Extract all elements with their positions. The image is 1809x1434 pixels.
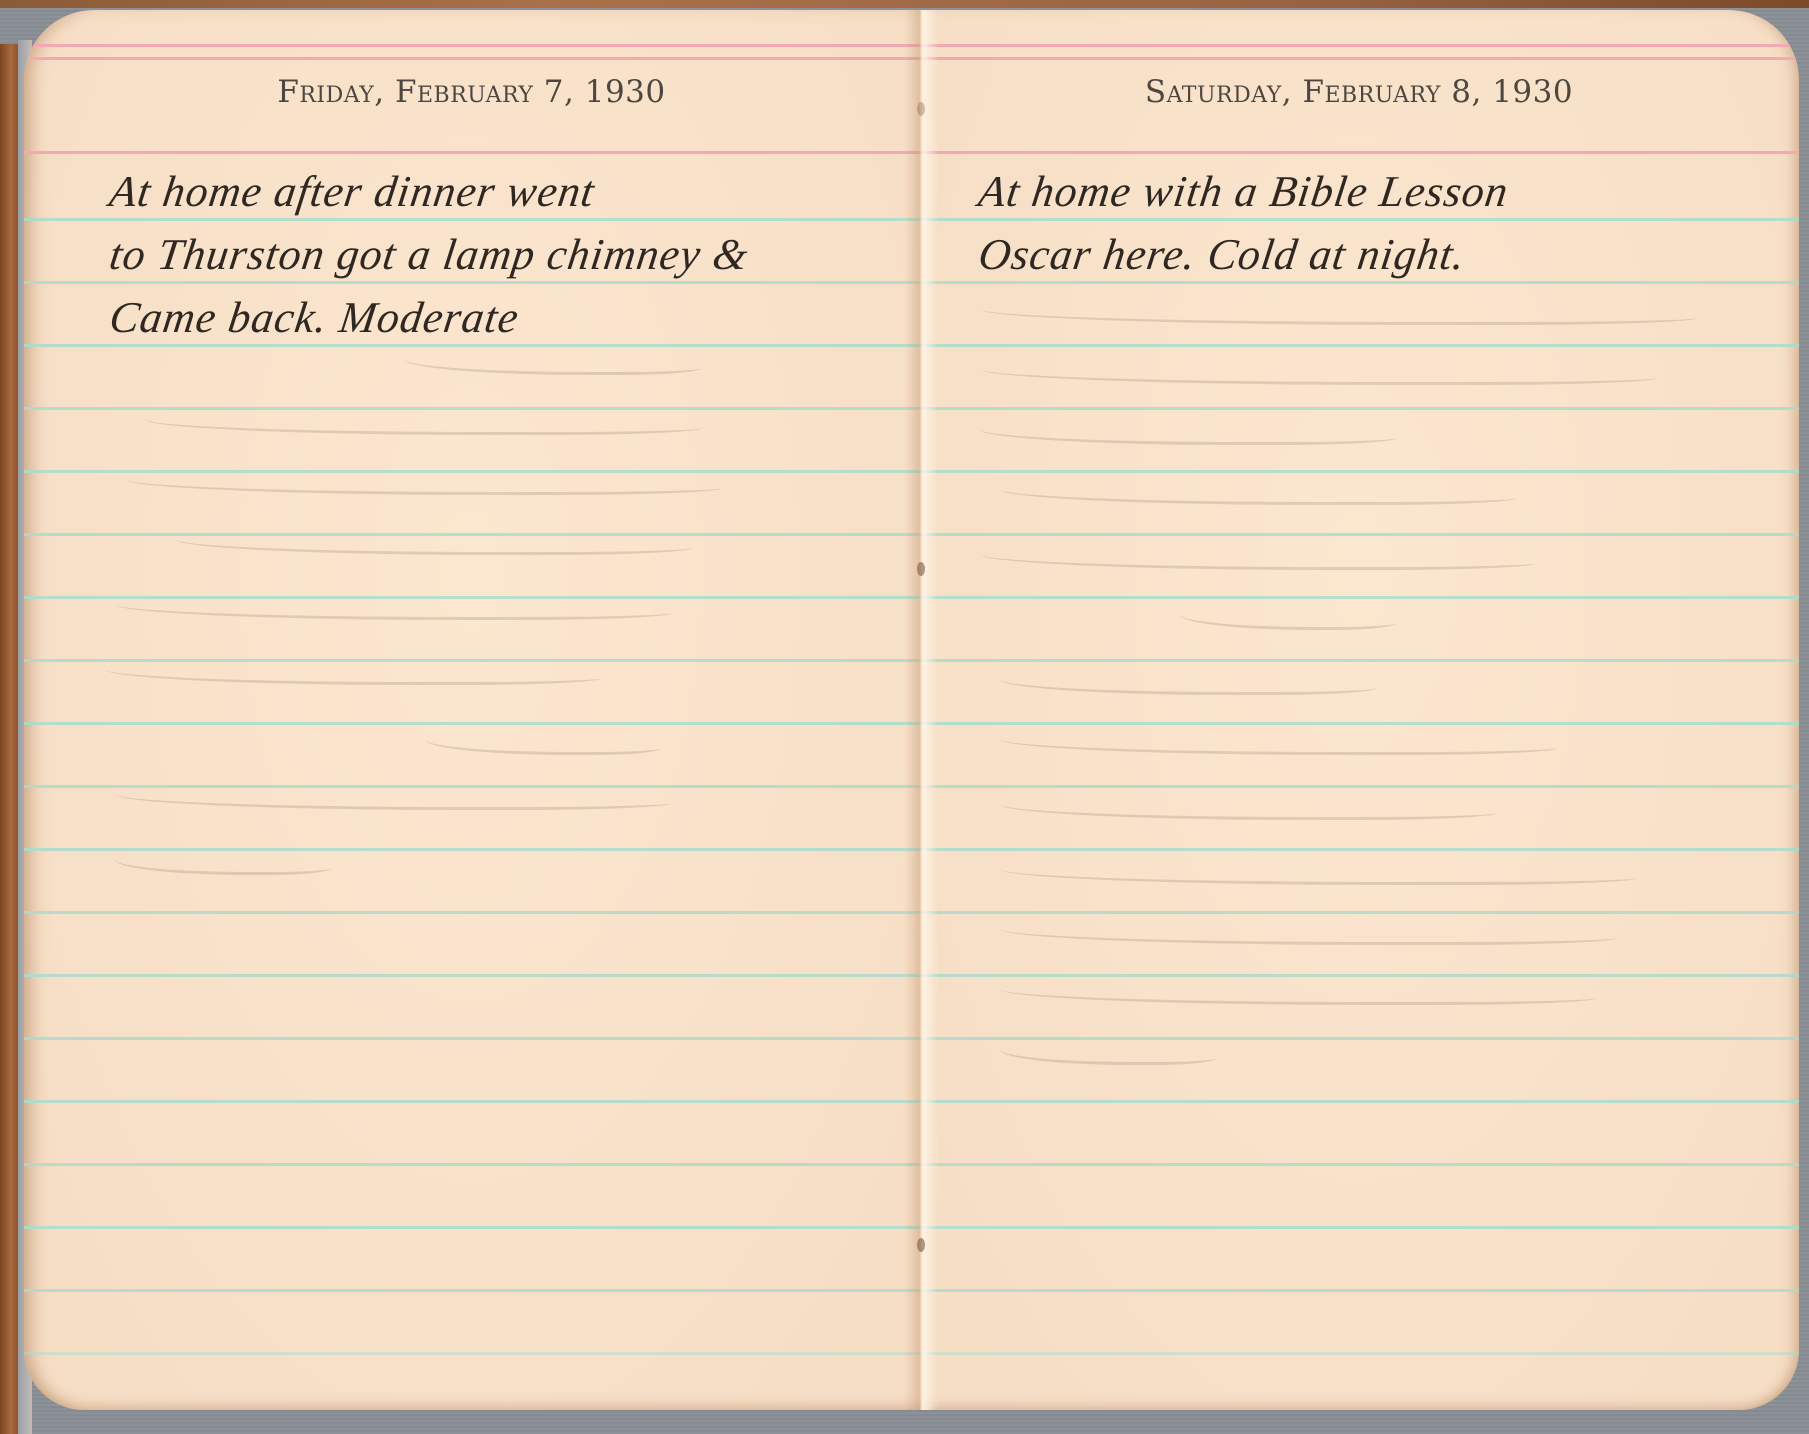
ruled-line [24,722,919,725]
entry-line: At home with a Bible Lesson [975,160,1799,223]
entry-line: Oscar here. Cold at night. [975,223,1799,286]
ruled-line [24,1163,919,1166]
ruled-line [919,911,1799,914]
date-header-left: Friday, February 7, 1930 [24,74,919,110]
ruled-line [24,1352,919,1355]
header-double-rule [919,44,1799,60]
left-page: Friday, February 7, 1930 [24,10,919,1410]
ruled-line [919,722,1799,725]
header-bottom-rule [24,151,919,154]
ruled-line [919,344,1799,347]
ruled-line [919,1226,1799,1229]
book-cover-spine [0,44,18,1434]
ruled-line [919,659,1799,662]
ruled-line [24,1100,919,1103]
binding-stitch [917,562,925,576]
right-page: Saturday, February 8, 1930 [919,10,1799,1410]
ruled-line [919,1163,1799,1166]
ruled-line [919,848,1799,851]
ruled-line [919,785,1799,788]
ruled-line [24,1289,919,1292]
book-cover-top-edge [0,0,1809,8]
bleed-through-text [24,310,919,1210]
handwritten-entry-right: At home with a Bible Lesson Oscar here. … [979,160,1799,286]
ruled-line [24,974,919,977]
ruled-line [919,470,1799,473]
ruled-line [24,785,919,788]
ruled-line [919,1037,1799,1040]
ruled-line [24,407,919,410]
entry-line: Came back. Moderate [106,286,919,349]
ruled-line [919,974,1799,977]
handwritten-entry-left: At home after dinner went to Thurston go… [110,160,919,349]
binding-stitch [917,1238,925,1252]
bleed-through-text [919,310,1799,1210]
ruled-line [919,407,1799,410]
ruled-line [24,848,919,851]
ruled-line [919,1289,1799,1292]
ruled-line [24,1037,919,1040]
ruled-line [919,1352,1799,1355]
header-bottom-rule [919,151,1799,154]
ruled-line [24,1226,919,1229]
ruled-line [24,911,919,914]
ruled-line [24,659,919,662]
ruled-line [24,596,919,599]
entry-line: At home after dinner went [106,160,919,223]
header-double-rule [24,44,919,60]
ruled-line [24,533,919,536]
ruled-line [919,1100,1799,1103]
ruled-line [919,596,1799,599]
diary-spread: Friday, February 7, 1930 [24,10,1799,1410]
entry-line: to Thurston got a lamp chimney & [106,223,919,286]
ruled-line [24,470,919,473]
binding-stitch [917,102,925,116]
ruled-line [919,533,1799,536]
date-header-right: Saturday, February 8, 1930 [919,74,1799,110]
